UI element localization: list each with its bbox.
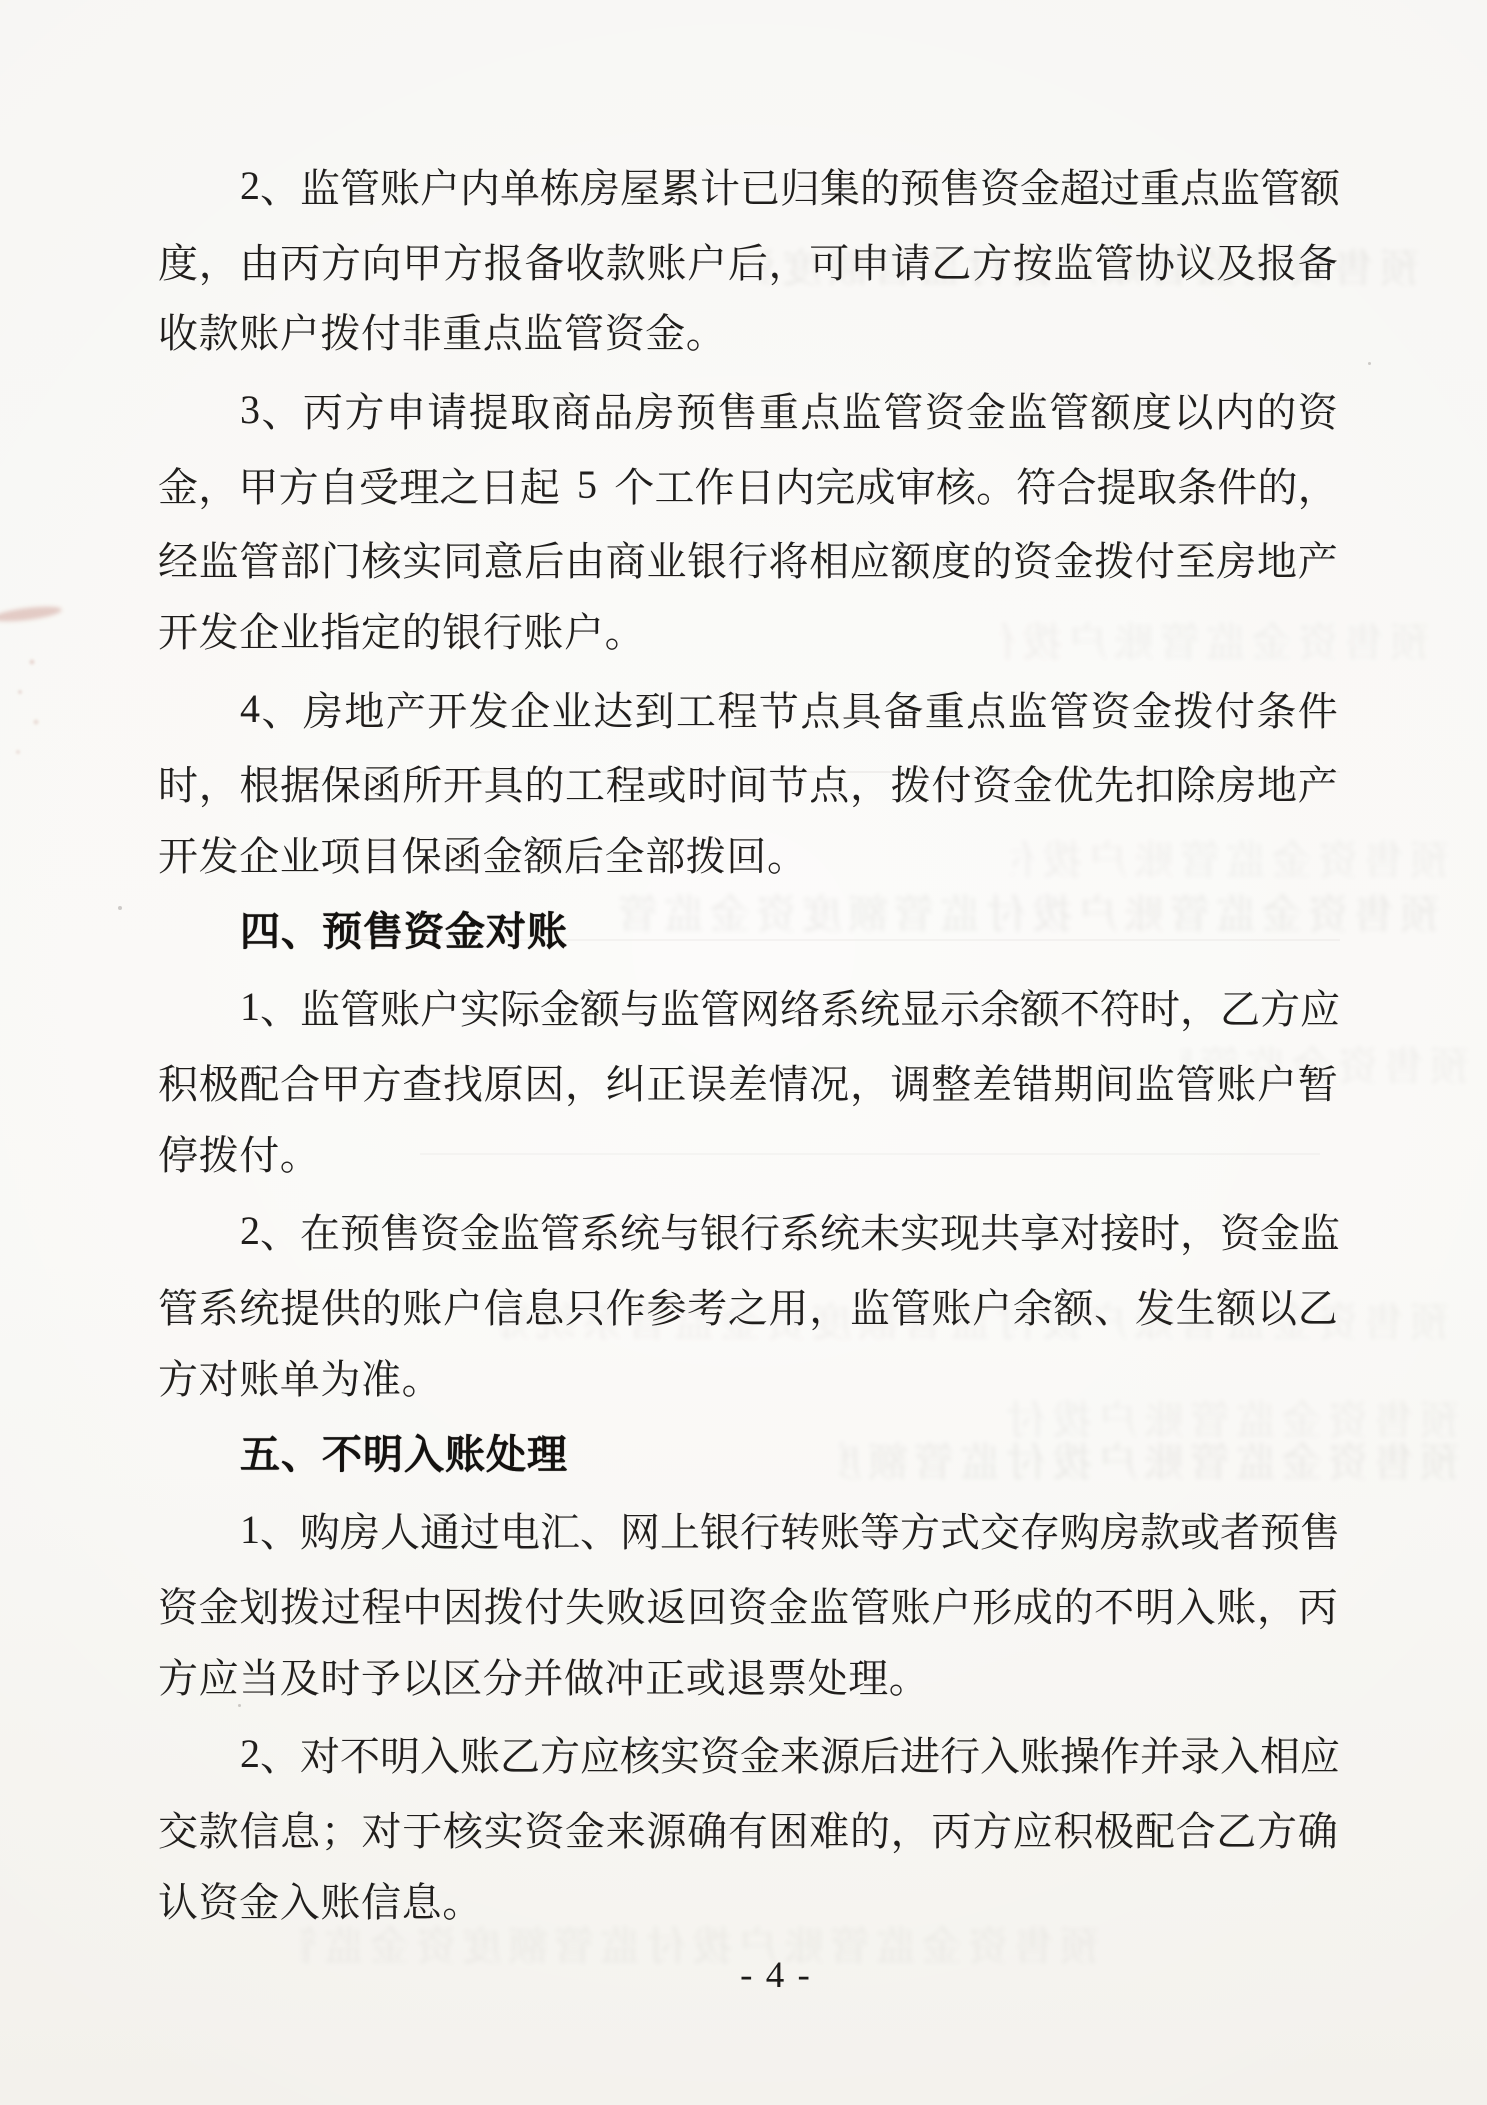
text-line: 管系统提供的账户信息只作参考之用，监管账户余额、发生额以乙 xyxy=(158,1268,1338,1343)
text-line: 积极配合甲方查找原因，纠正误差情况，调整差错期间监管账户暂 xyxy=(158,1044,1338,1119)
text-line: 金，甲方自受理之日起 5 个工作日内完成审核。符合提取条件的， xyxy=(158,447,1338,522)
text-line: 停拨付。 xyxy=(158,1119,1338,1194)
text-line: 3、丙方申请提取商品房预售重点监管资金监管额度以内的资 xyxy=(158,372,1338,447)
text-line: 1、监管账户实际金额与监管网络系统显示余额不符时，乙方应 xyxy=(158,970,1338,1045)
text-line: 1、购房人通过电汇、网上银行转账等方式交存购房款或者预售 xyxy=(158,1492,1338,1567)
document-body: 2、监管账户内单栋房屋累计已归集的预售资金超过重点监管额度，由丙方向甲方报备收款… xyxy=(158,148,1338,1941)
text-line: 认资金入账信息。 xyxy=(158,1866,1338,1941)
text-line: 方对账单为准。 xyxy=(158,1343,1338,1418)
text-line: 时，根据保函所开具的工程或时间节点，拨付资金优先扣除房地产 xyxy=(158,746,1338,821)
text-line: 4、房地产开发企业达到工程节点具备重点监管资金拨付条件 xyxy=(158,671,1338,746)
page-number: - 4 - xyxy=(700,1954,852,1997)
text-line: 2、在预售资金监管系统与银行系统未实现共享对接时，资金监 xyxy=(158,1194,1338,1269)
text-line: 2、监管账户内单栋房屋累计已归集的预售资金超过重点监管额 xyxy=(158,148,1338,223)
text-line: 开发企业项目保函金额后全部拨回。 xyxy=(158,820,1338,895)
text-line: 资金划拨过程中因拨付失败返回资金监管账户形成的不明入账，丙 xyxy=(158,1567,1338,1642)
text-line: 收款账户拨付非重点监管资金。 xyxy=(158,297,1338,372)
section-heading: 五、不明入账处理 xyxy=(158,1418,1338,1493)
text-line: 方应当及时予以区分并做冲正或退票处理。 xyxy=(158,1642,1338,1717)
text-line: 经监管部门核实同意后由商业银行将相应额度的资金拨付至房地产 xyxy=(158,521,1338,596)
text-line: 开发企业指定的银行账户。 xyxy=(158,596,1338,671)
section-heading: 四、预售资金对账 xyxy=(158,895,1338,970)
text-line: 交款信息；对于核实资金来源确有困难的，丙方应积极配合乙方确 xyxy=(158,1791,1338,1866)
text-line: 2、对不明入账乙方应核实资金来源后进行入账操作并录入相应 xyxy=(158,1716,1338,1791)
text-line: 度，由丙方向甲方报备收款账户后，可申请乙方按监管协议及报备 xyxy=(158,223,1338,298)
